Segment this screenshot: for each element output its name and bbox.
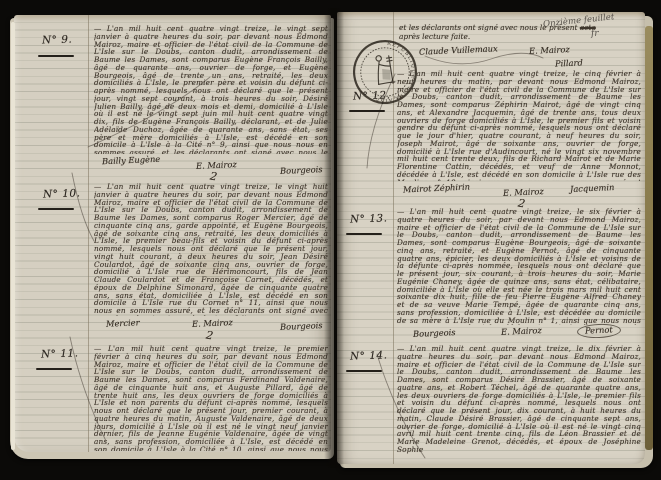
signature: E. Mairoz [503,186,544,198]
entry-text: — L'an mil huit cent quatre vingt treize… [397,70,641,181]
entry-number: N° 11. [41,347,79,360]
entry-number-underline [346,370,382,372]
signature: Claude Vuillemaux [419,43,498,56]
entry-number: N° 10. [43,187,81,200]
signature: E. Mairoz [192,317,233,329]
signature: Bourgeois [280,320,323,332]
continuation-line: et les déclarants ont signé avec nous le… [399,23,596,32]
signature: Bailly Eugène [102,154,161,167]
entry-number-underline [349,110,385,112]
entry-number-underline [38,55,74,57]
marianne-figure [374,54,395,86]
signature: Bourgeois [280,164,323,176]
margin-rule [88,15,89,452]
signature: E. Mairoz [529,44,570,56]
signature: E. Mairoz [196,159,237,171]
paraph-flourish: 2 [205,328,214,342]
signature: Bourgeois [413,327,456,339]
entry-number-underline [346,233,382,235]
signature: Mercier [106,317,140,328]
paraph-flourish: 2 [209,169,218,183]
signature: Pillard [555,57,583,68]
entry-text: — L'an mil huit cent quatre vingt treize… [94,25,328,154]
entry-number-underline [36,368,72,370]
entry-number: N° 9. [42,33,73,46]
entry-number: N° 14. [350,349,388,362]
entry-text: — L'an mil huit cent quatre vingt treize… [397,345,641,461]
page-edge-sliver [11,22,15,450]
entry-text: — L'an mil huit cent quatre vingt treize… [397,208,641,325]
entry-number-underline [38,208,74,210]
struck-word: acte [580,23,596,32]
signature: Jacquemin [570,182,615,194]
entry-text: — L'an mil huit cent quatre vingt treize… [94,183,328,316]
page-stack-edge [645,26,653,450]
left-page: N° 9. — L'an mil huit cent quatre vingt … [14,15,331,452]
signature: Mairot Zéphirin [403,182,470,195]
signature: E. Mairoz [501,325,542,337]
right-page: Onzième feuillet fr et les déclarants on… [337,12,645,464]
continuation-text: et les déclarants ont signé avec nous le… [399,23,577,32]
entry-number: N° 12. [353,89,391,102]
signature-circled: Pernot [577,323,621,339]
entry-number: N° 13. [350,212,388,225]
entry-text: — L'an mil huit cent quatre vingt treize… [94,345,328,451]
